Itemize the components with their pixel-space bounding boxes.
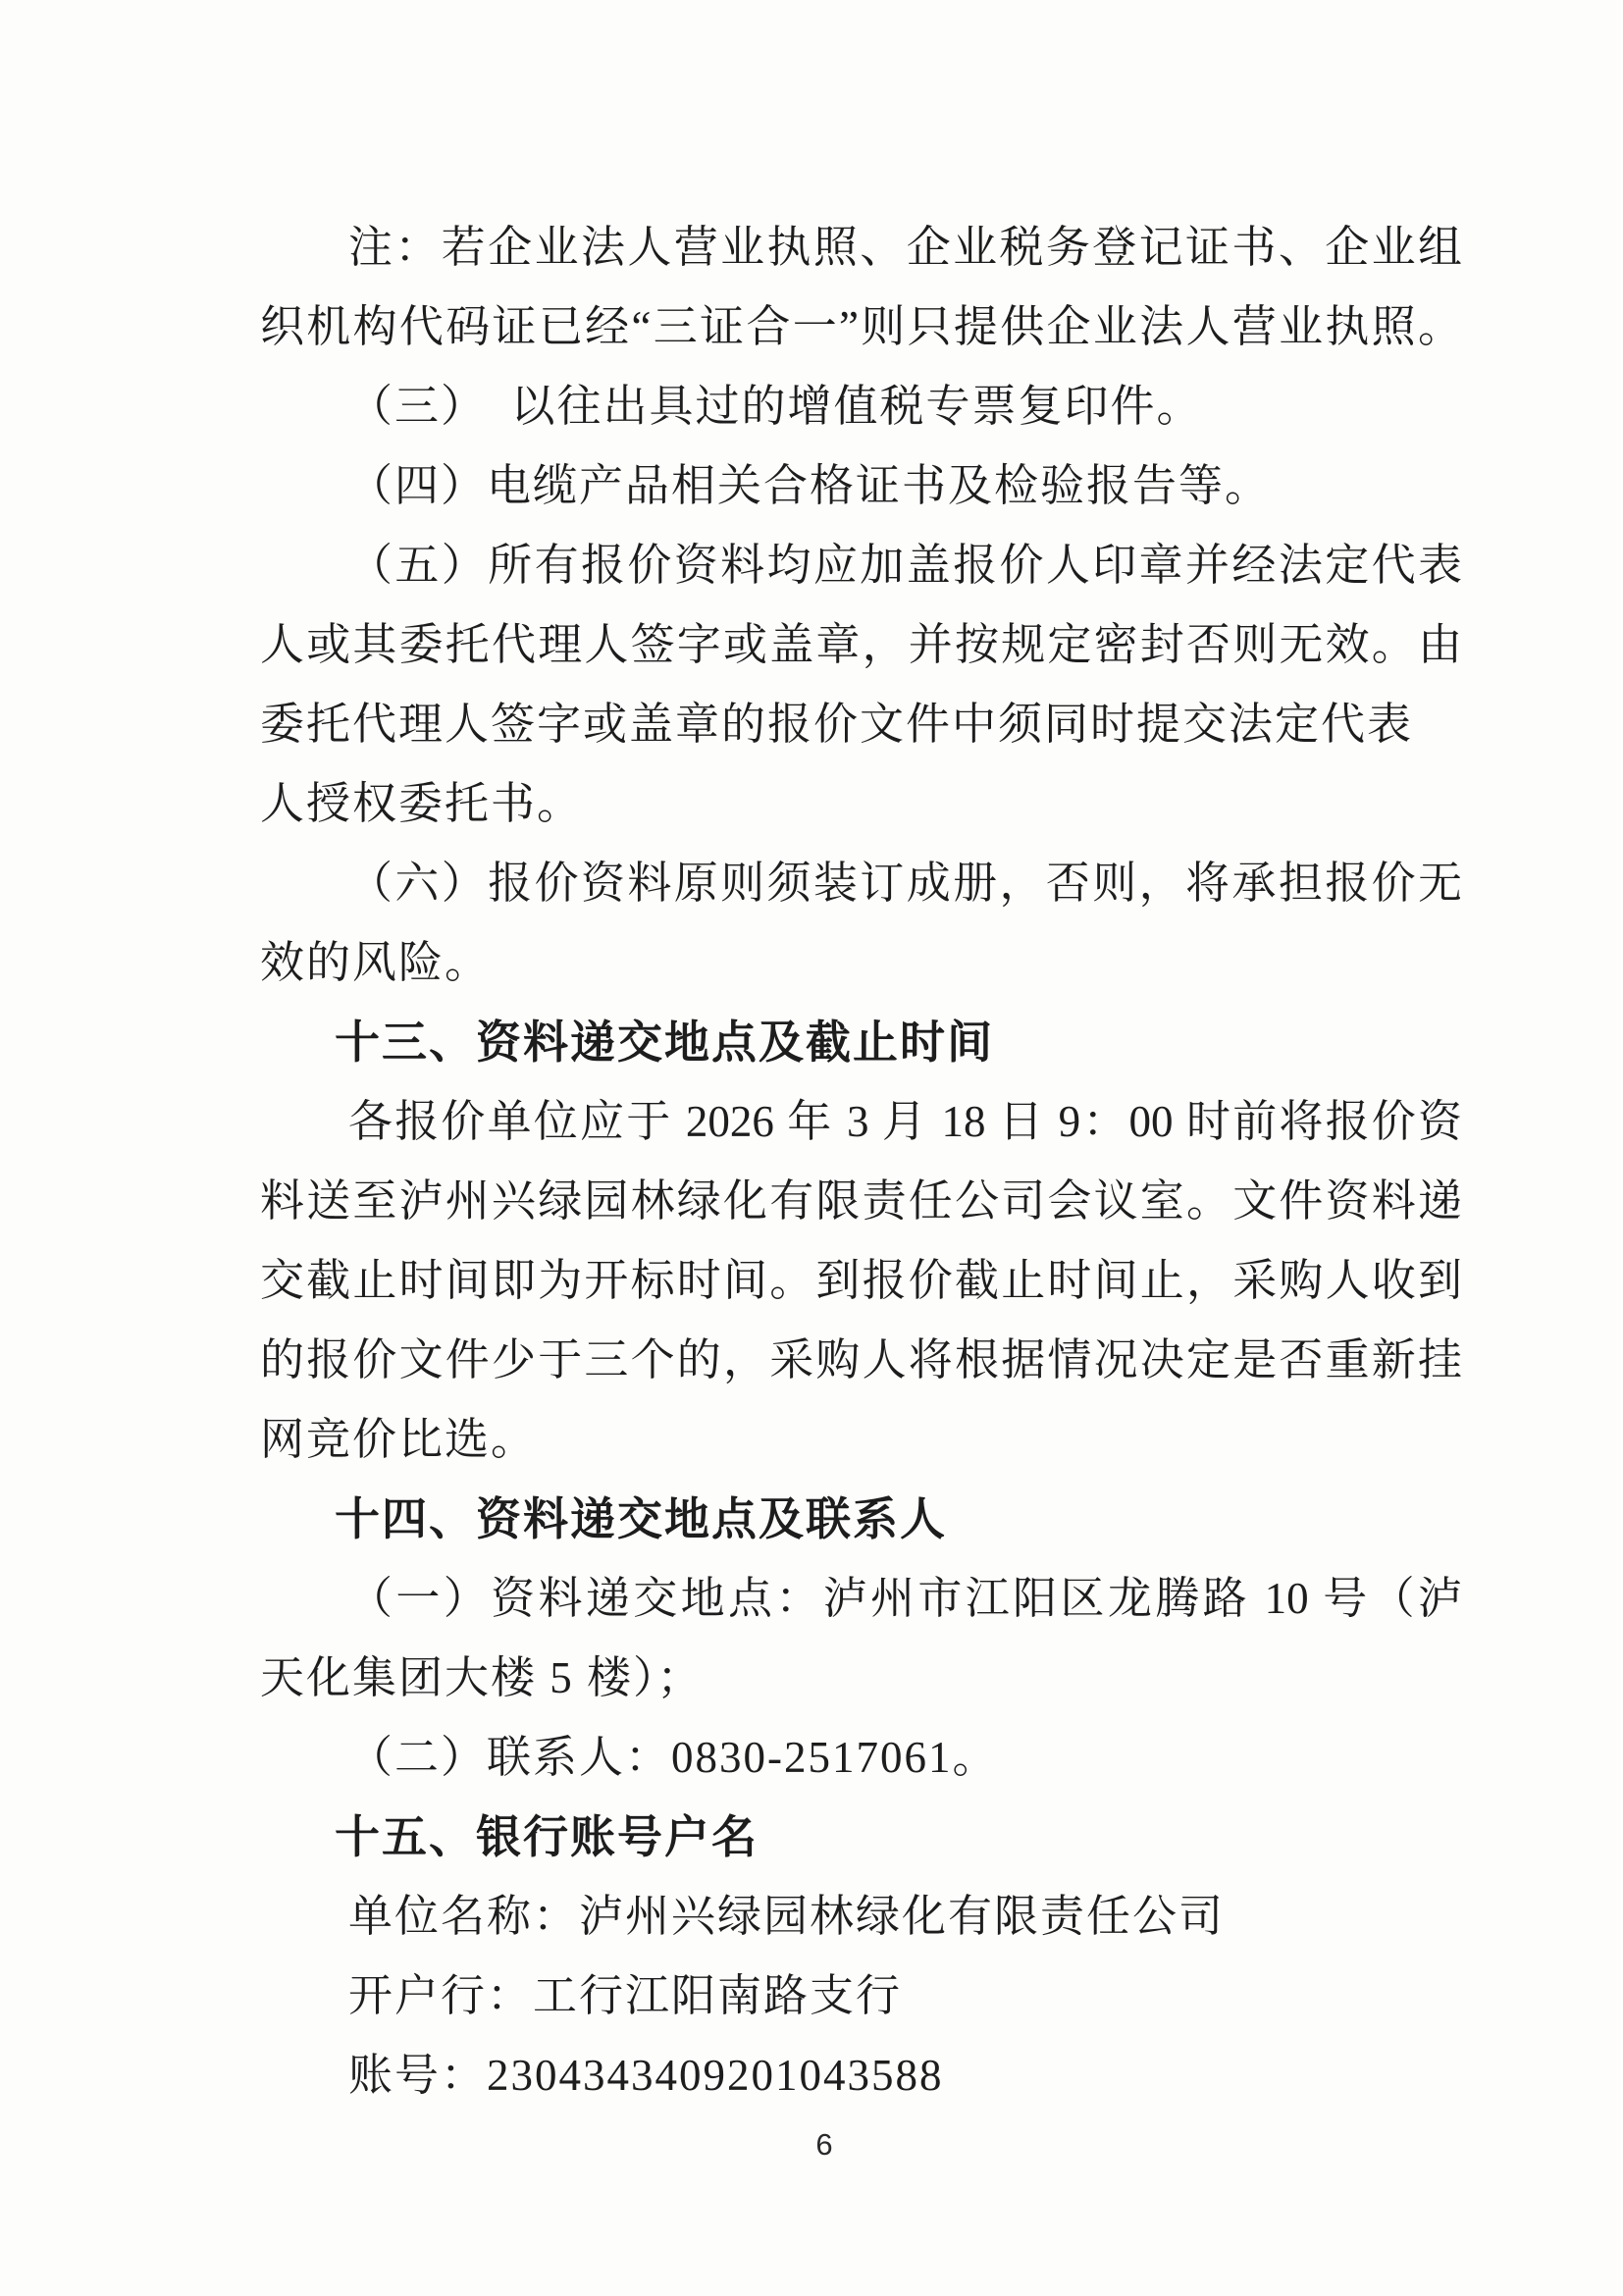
document-page: 注：若企业法人营业执照、企业税务登记证书、企业组 织机构代码证已经“三证合一”则… bbox=[0, 0, 1623, 2296]
note-line-2: 织机构代码证已经“三证合一”则只提供企业法人营业执照。 bbox=[260, 287, 1462, 367]
heading-13-submission-deadline: 十三、资料递交地点及截止时间 bbox=[260, 1003, 1462, 1082]
section-14-item-1-line-2: 天化集团大楼 5 楼）； bbox=[260, 1639, 1462, 1718]
page-number: 6 bbox=[0, 2127, 1623, 2163]
item-5-line-1: （五）所有报价资料均应加盖报价人印章并经法定代表 bbox=[260, 526, 1462, 605]
item-5-line-2: 人或其委托代理人签字或盖章，并按规定密封否则无效。由 bbox=[260, 605, 1462, 685]
section-13-line-3: 交截止时间即为开标时间。到报价截止时间止，采购人收到 bbox=[260, 1241, 1462, 1321]
item-3-line: （三） 以往出具过的增值税专票复印件。 bbox=[260, 367, 1462, 446]
item-6-line-1: （六）报价资料原则须装订成册，否则，将承担报价无 bbox=[260, 844, 1462, 923]
heading-15-bank-account: 十五、银行账号户名 bbox=[260, 1798, 1462, 1877]
section-13-line-2: 料送至泸州兴绿园林绿化有限责任公司会议室。文件资料递 bbox=[260, 1162, 1462, 1241]
section-13-line-1: 各报价单位应于 2026 年 3 月 18 日 9：00 时前将报价资 bbox=[260, 1082, 1462, 1162]
bank-account-number-line: 账号：2304343409201043588 bbox=[260, 2036, 1462, 2115]
item-6-line-2: 效的风险。 bbox=[260, 923, 1462, 1003]
heading-14-contact: 十四、资料递交地点及联系人 bbox=[260, 1480, 1462, 1559]
item-5-line-4: 人授权委托书。 bbox=[260, 764, 1462, 844]
bank-account-name-line: 单位名称：泸州兴绿园林绿化有限责任公司 bbox=[260, 1877, 1462, 1957]
note-line-1: 注：若企业法人营业执照、企业税务登记证书、企业组 bbox=[260, 208, 1462, 287]
document-body: 注：若企业法人营业执照、企业税务登记证书、企业组 织机构代码证已经“三证合一”则… bbox=[260, 208, 1462, 2115]
section-14-item-1-line-1: （一）资料递交地点：泸州市江阳区龙腾路 10 号（泸 bbox=[260, 1559, 1462, 1639]
section-13-line-5: 网竞价比选。 bbox=[260, 1400, 1462, 1480]
section-13-line-4: 的报价文件少于三个的，采购人将根据情况决定是否重新挂 bbox=[260, 1321, 1462, 1400]
item-5-line-3: 委托代理人签字或盖章的报价文件中须同时提交法定代表 bbox=[260, 685, 1462, 764]
bank-branch-line: 开户行：工行江阳南路支行 bbox=[260, 1957, 1462, 2036]
section-14-item-2-line: （二）联系人：0830-2517061。 bbox=[260, 1718, 1462, 1798]
item-4-line: （四）电缆产品相关合格证书及检验报告等。 bbox=[260, 446, 1462, 526]
